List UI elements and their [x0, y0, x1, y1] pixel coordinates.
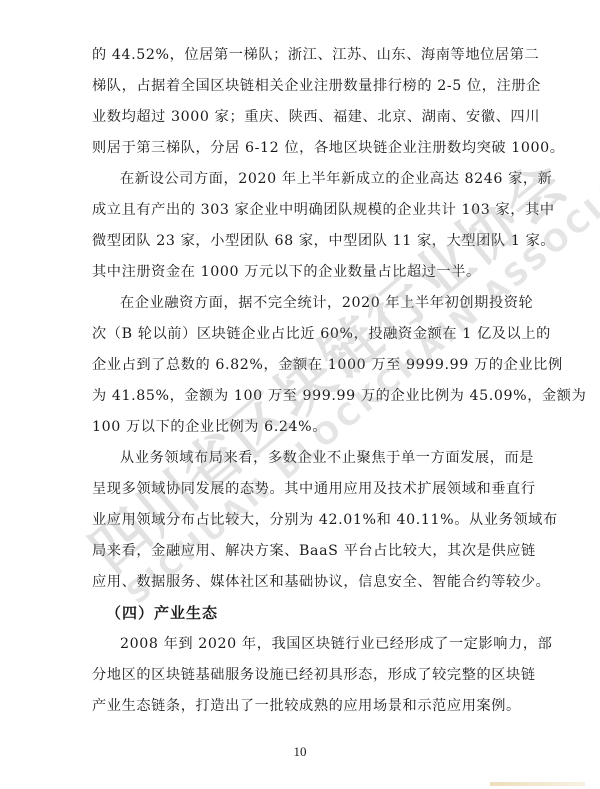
paragraph-business-areas: 从业务领域布局来看，多数企业不止聚焦于单一方面发展，而是 呈现多领域协同发展的态… [92, 443, 512, 598]
paragraph-new-companies: 在新设公司方面，2020 年上半年新成立的企业高达 8246 家，新 成立且有产… [92, 164, 512, 288]
text-line: 在企业融资方面，据不完全统计，2020 年上半年初创期投资轮 [92, 288, 512, 319]
paragraph-industry-ecosystem: 2008 年到 2020 年，我国区块链行业已经形成了一定影响力，部 分地区的区… [92, 629, 512, 722]
paragraph-financing: 在企业融资方面，据不完全统计，2020 年上半年初创期投资轮 次（B 轮以前）区… [92, 288, 512, 443]
text-line: 分地区的区块链基础服务设施已经初具形态，形成了较完整的区块链 [92, 660, 512, 691]
text-line: 则居于第三梯队，分居 6-12 位，各地区块链企业注册数均突破 1000。 [92, 133, 512, 164]
page-number: 10 [0, 744, 600, 760]
text-line: 成立且有产出的 303 家企业中明确团队规模的企业共计 103 家，其中 [92, 195, 512, 226]
text-line: 应用、数据服务、媒体社区和基础协议，信息安全、智能合约等较少。 [92, 567, 512, 598]
text-line: 次（B 轮以前）区块链企业占比近 60%，投融资金额在 1 亿及以上的 [92, 319, 512, 350]
body-text: 的 44.52%，位居第一梯队；浙江、江苏、山东、海南等地位居第二 梯队，占据着… [92, 40, 512, 722]
text-line: 为 41.85%，金额为 100 万至 999.99 万的企业比例为 45.09… [92, 381, 512, 412]
text-line: 从业务领域布局来看，多数企业不止聚焦于单一方面发展，而是 [92, 443, 512, 474]
text-line: 业应用领域分布占比较大，分别为 42.01%和 40.11%。从业务领域布 [92, 505, 512, 536]
text-line: 其中注册资金在 1000 万元以下的企业数量占比超过一半。 [92, 257, 512, 288]
text-line: 业数均超过 3000 家；重庆、陕西、福建、北京、湖南、安徽、四川 [92, 102, 512, 133]
text-line: 100 万以下的企业比例为 6.24%。 [92, 412, 512, 443]
text-line: 的 44.52%，位居第一梯队；浙江、江苏、山东、海南等地位居第二 [92, 40, 512, 71]
document-page: 的 44.52%，位居第一梯队；浙江、江苏、山东、海南等地位居第二 梯队，占据着… [0, 0, 600, 789]
text-line: 企业占到了总数的 6.82%，金额在 1000 万至 9999.99 万的企业比… [92, 350, 512, 381]
text-line: 局来看，金融应用、解决方案、BaaS 平台占比较大，其次是供应链 [92, 536, 512, 567]
text-line: 呈现多领域协同发展的态势。其中通用应用及技术扩展领域和垂直行 [92, 474, 512, 505]
text-line: 微型团队 23 家，小型团队 68 家，中型团队 11 家，大型团队 1 家。 [92, 226, 512, 257]
text-line: 2008 年到 2020 年，我国区块链行业已经形成了一定影响力，部 [92, 629, 512, 660]
section-heading: （四）产业生态 [92, 598, 512, 629]
paragraph-regional-ranking: 的 44.52%，位居第一梯队；浙江、江苏、山东、海南等地位居第二 梯队，占据着… [92, 40, 512, 164]
text-line: 在新设公司方面，2020 年上半年新成立的企业高达 8246 家，新 [92, 164, 512, 195]
corner-logo-mark [490, 782, 585, 786]
text-line: 梯队，占据着全国区块链相关企业注册数量排行榜的 2-5 位，注册企 [92, 71, 512, 102]
text-line: 产业生态链条，打造出了一批较成熟的应用场景和示范应用案例。 [92, 691, 512, 722]
